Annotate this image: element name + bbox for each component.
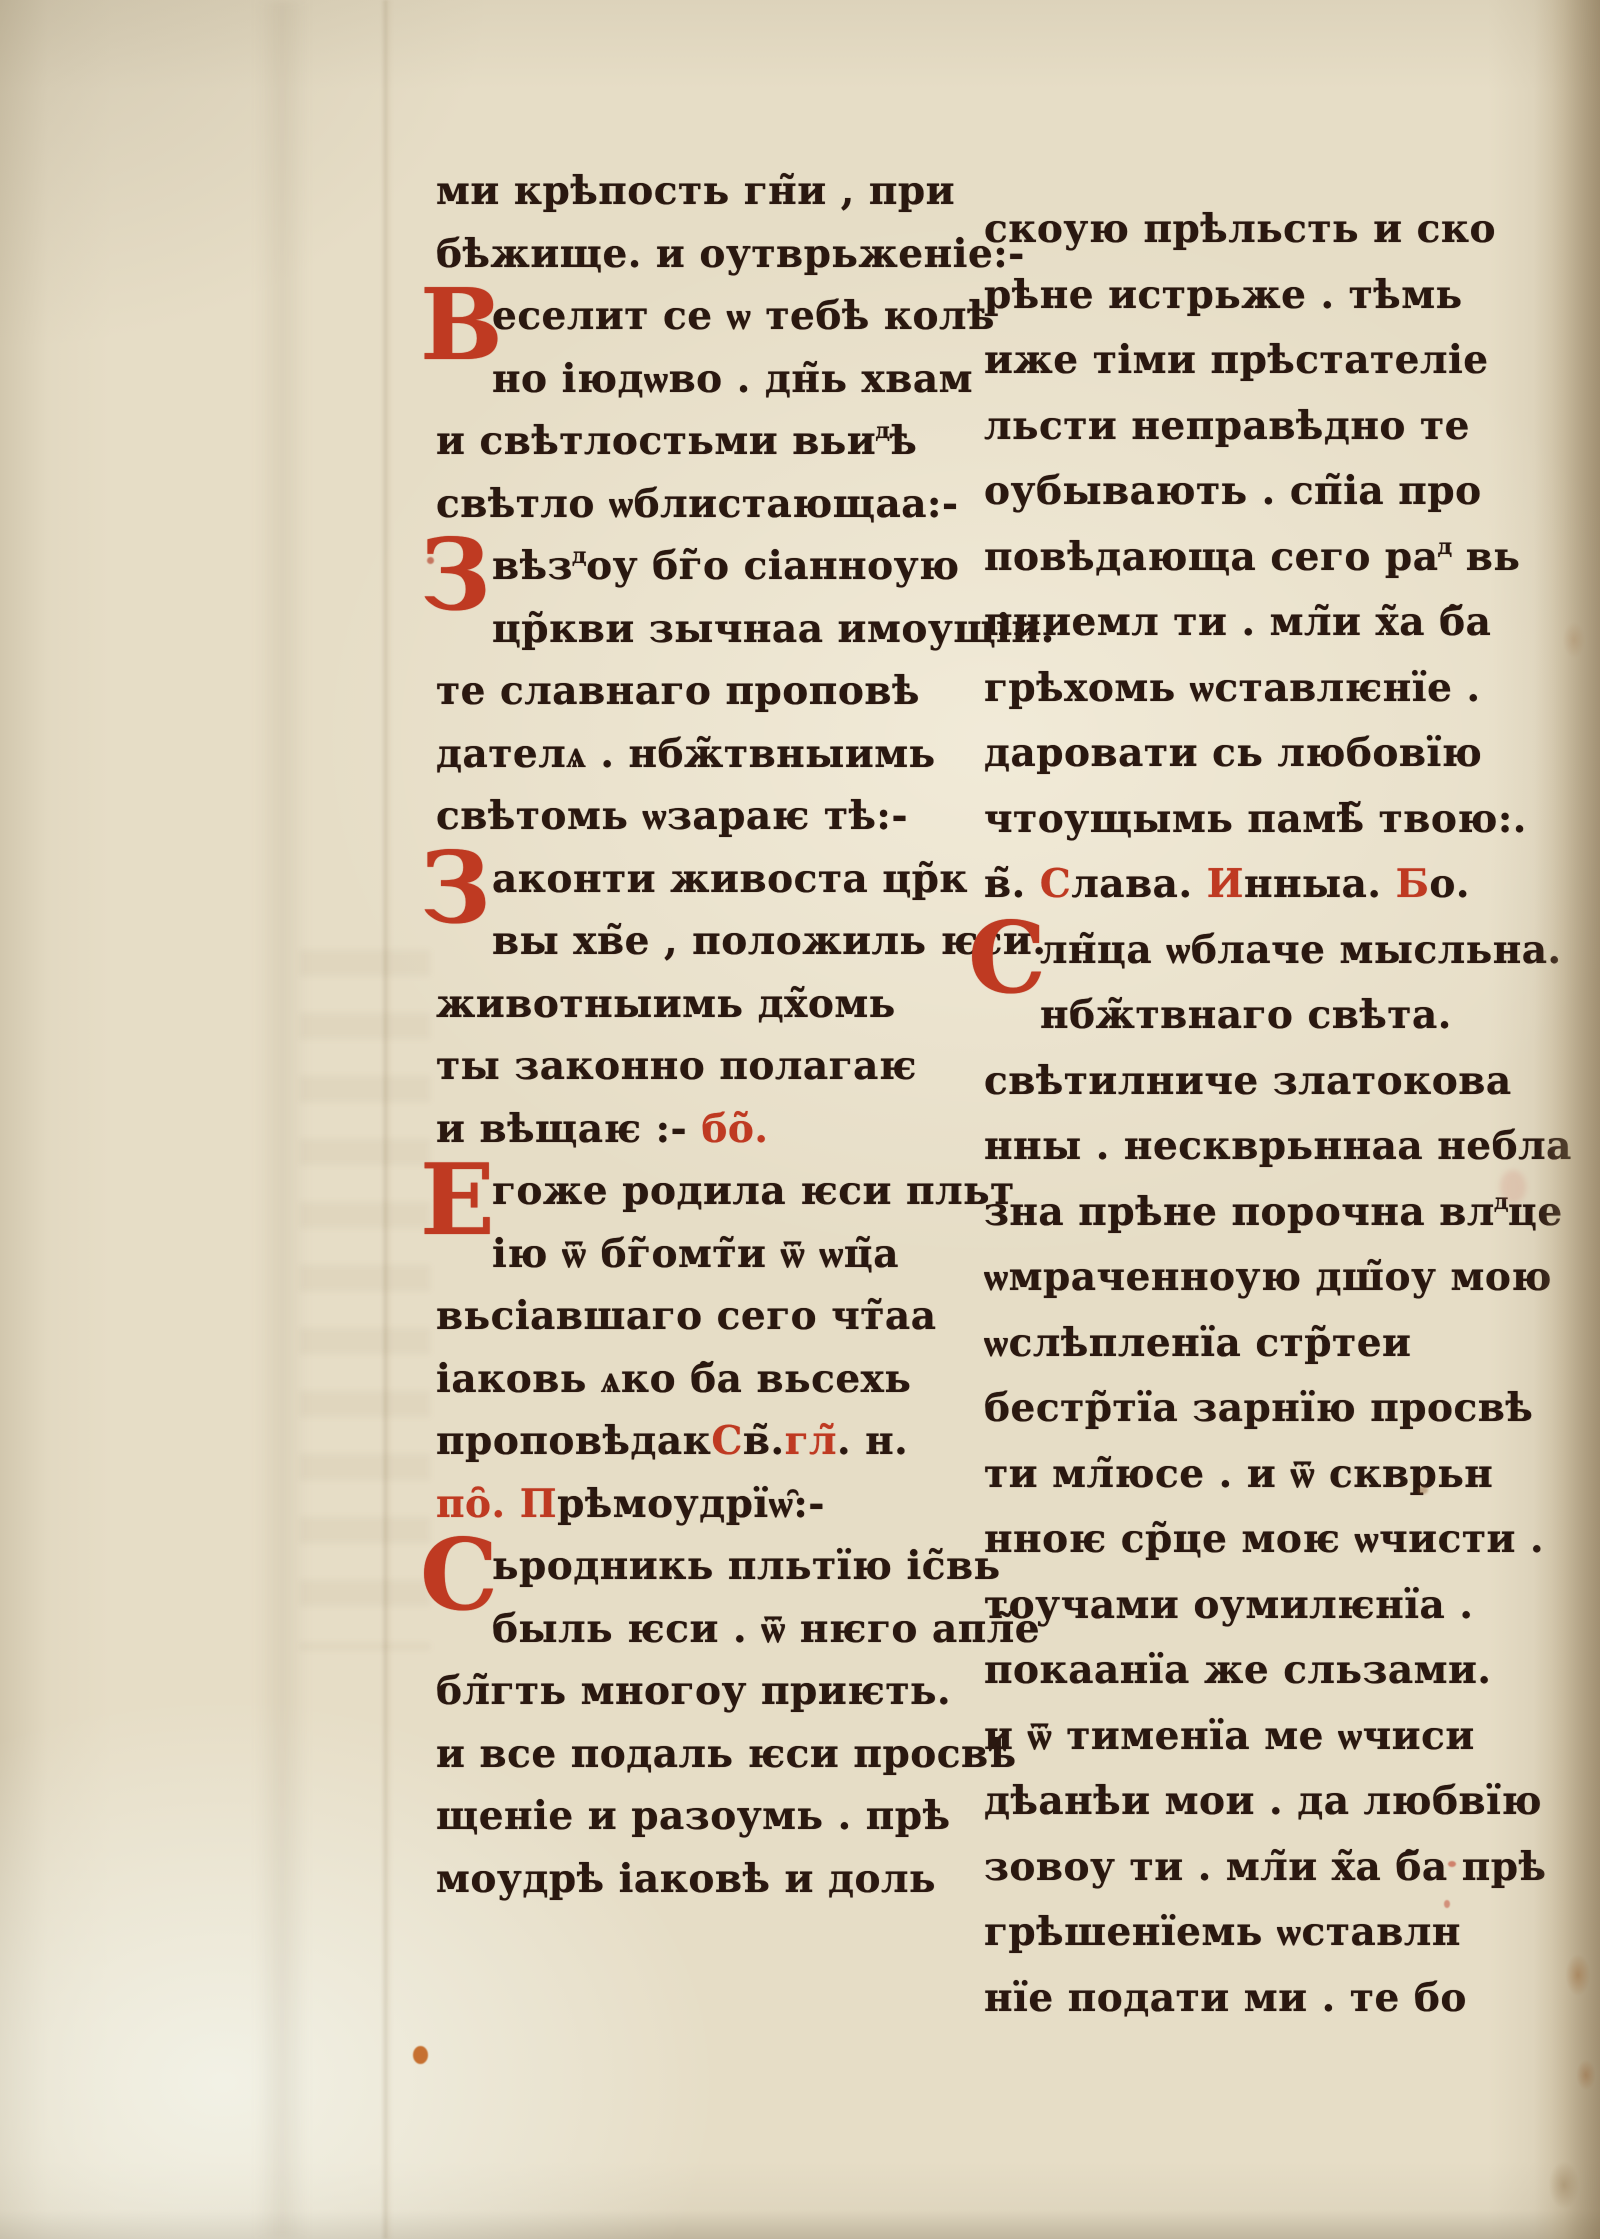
text-segment: моудрѣ іаковѣ и доль xyxy=(436,1856,936,1902)
text-line: чтоущымь памѣ̃ твою:. xyxy=(984,787,1524,853)
text-line: зна прѣне порочна влдце xyxy=(984,1180,1524,1246)
text-segment: лава. xyxy=(1071,861,1206,907)
text-line: бл̃гть многоу приѥть. xyxy=(436,1660,976,1723)
wax-stain xyxy=(413,2046,428,2064)
text-line: цр̃кви зычнаа имоущіи. xyxy=(436,598,976,661)
text-line: и все подаль ѥси просвѣ xyxy=(436,1723,976,1786)
text-segment: свѣтомь ѡзараѥ тѣ:- xyxy=(436,793,908,839)
text-segment: ію ѿ бг̃омт̃и ѿ ѡц̃а xyxy=(492,1231,899,1277)
text-segment: повѣдающа сего ра xyxy=(984,534,1438,580)
text-line: тоучами оумилѥнїа . xyxy=(984,1573,1524,1639)
text-line: но іюдѡво . дн̃ь хвам xyxy=(436,348,976,411)
text-segment: грѣшенїемь ѡставлн xyxy=(984,1909,1461,1955)
text-segment: нныа. xyxy=(1244,861,1396,907)
text-line: рѣне истрьже . тѣмь xyxy=(984,263,1524,329)
text-line: нїе подати ми . те бо xyxy=(984,1966,1524,2032)
text-segment: и свѣтлостьми вьи xyxy=(436,418,876,464)
text-segment: чтоущымь памѣ̃ твою:. xyxy=(984,796,1527,842)
text-segment: скоую прѣльсть и ско xyxy=(984,206,1496,252)
text-segment: нїе подати ми . те бо xyxy=(984,1975,1467,2021)
text-line: пниемл ти . мл̃и х̃а б̃а xyxy=(984,590,1524,656)
text-line: Веселит се ѡ тебѣ колѣ xyxy=(436,285,976,348)
manuscript-page: ми крѣпость гн̃и , прибѣжище. и оутврьже… xyxy=(0,0,1600,2239)
text-segment: о. xyxy=(1429,861,1470,907)
rubric-text: П xyxy=(520,1481,557,1527)
text-segment: бл̃гть многоу приѥть. xyxy=(436,1668,951,1714)
text-segment: ѡмраченноую дш̃оу мою xyxy=(984,1254,1552,1300)
text-segment: вы хв̃е , положиль ѥси. xyxy=(492,918,1046,964)
text-segment: ѣ xyxy=(889,418,917,464)
text-segment: свѣтло ѡблистающаа:- xyxy=(436,481,959,527)
text-line: Егоже родила ѥси пльт xyxy=(436,1160,976,1223)
faded-red-smudge xyxy=(1500,1170,1526,1204)
text-line: свѣтло ѡблистающаа:- xyxy=(436,473,976,536)
text-line: в̃. Слава. Инныа. Бо. xyxy=(984,852,1524,918)
text-segment: дѣанѣи мои . да любвїю xyxy=(984,1778,1542,1824)
text-segment: ты законно полагаѥ xyxy=(436,1043,917,1089)
text-line: Слн̃ца ѡблаче мысльна. xyxy=(984,918,1524,984)
text-line: свѣтилниче златокова xyxy=(984,1049,1524,1115)
text-line: нбж̃твнаго свѣта. xyxy=(984,983,1524,1049)
text-line: дателѧ . нбж̃твныимь xyxy=(436,723,976,786)
text-segment xyxy=(506,1481,520,1527)
text-segment: ти мл̃юсе . и ѿ скврьн xyxy=(984,1451,1493,1497)
text-line: Законти живоста цр̃к xyxy=(436,848,976,911)
text-segment: д xyxy=(875,418,890,444)
brown-stain xyxy=(1418,1486,1428,1494)
text-line: грѣшенїемь ѡставлн xyxy=(984,1900,1524,1966)
text-segment: дателѧ . нбж̃твныимь xyxy=(436,731,936,777)
text-segment: свѣтилниче златокова xyxy=(984,1058,1512,1104)
text-line: те славнаго проповѣ xyxy=(436,660,976,723)
text-segment: и ѿ тименїа ме ѡчиси xyxy=(984,1713,1475,1759)
text-segment: вь xyxy=(1452,534,1521,580)
text-segment: иже тіми прѣстателіе xyxy=(984,337,1489,383)
text-line: и вѣщаѥ :- бо̃. xyxy=(436,1098,976,1161)
text-line: зовоу ти . мл̃и х̃а б̃а прѣ xyxy=(984,1835,1524,1901)
manuscript-column-left: ми крѣпость гн̃и , прибѣжище. и оутврьже… xyxy=(436,160,976,1910)
text-line: вьсіавшаго сего чт̃аа xyxy=(436,1285,976,1348)
text-line: иже тіми прѣстателіе xyxy=(984,328,1524,394)
text-segment: тоучами оумилѥнїа . xyxy=(984,1582,1473,1628)
text-segment: іаковь ѧко б̃а вьсехь xyxy=(436,1356,911,1402)
text-line: даровати сь любовїю xyxy=(984,721,1524,787)
text-line: быль ѥси . ѿ нѥго апл̃е xyxy=(436,1598,976,1661)
text-segment: гоже родила ѥси пльт xyxy=(492,1168,1015,1214)
rubric-text: С xyxy=(711,1418,743,1464)
text-segment: аконти живоста цр̃к xyxy=(492,856,968,902)
text-segment: оубывають . сп̃іа про xyxy=(984,468,1482,514)
text-segment: ми крѣпость гн̃и , при xyxy=(436,168,955,214)
text-segment: рѣмоудрїѡ̑:- xyxy=(557,1481,825,1527)
text-line: и ѿ тименїа ме ѡчиси xyxy=(984,1704,1524,1770)
rubric-text: гл̃ xyxy=(785,1418,837,1464)
text-line: ти мл̃юсе . и ѿ скврьн xyxy=(984,1442,1524,1508)
text-segment: но іюдѡво . дн̃ь хвам xyxy=(492,356,973,402)
text-line: ію ѿ бг̃омт̃и ѿ ѡц̃а xyxy=(436,1223,976,1286)
text-line: ѡмраченноую дш̃оу мою xyxy=(984,1245,1524,1311)
text-line: бѣжище. и оутврьженіе:- xyxy=(436,223,976,286)
text-line: скоую прѣльсть и ско xyxy=(984,197,1524,263)
text-segment: рѣне истрьже . тѣмь xyxy=(984,272,1463,318)
red-ink-speck xyxy=(427,557,434,564)
text-segment: в̃. xyxy=(743,1418,785,1464)
text-segment: даровати сь любовїю xyxy=(984,730,1482,776)
text-line: щеніе и разоумь . прѣ xyxy=(436,1785,976,1848)
ink-showthrough xyxy=(300,950,430,1650)
text-line: нноѥ ср̃це моѥ ѡчисти . xyxy=(984,1507,1524,1573)
red-ink-speck xyxy=(1448,1861,1456,1867)
text-line: іаковь ѧко б̃а вьсехь xyxy=(436,1348,976,1411)
text-line: проповѣдакСв̃.гл̃. н. xyxy=(436,1410,976,1473)
text-segment: щеніе и разоумь . прѣ xyxy=(436,1793,951,1839)
text-line: нны . нескврьннаа небла xyxy=(984,1114,1524,1180)
text-line: и свѣтлостьми вьидѣ xyxy=(436,410,976,473)
text-segment: бестр̃тїа зарнїю просвѣ xyxy=(984,1385,1533,1431)
text-segment: д xyxy=(572,543,587,569)
red-ink-speck xyxy=(1444,1900,1450,1908)
text-line: Звѣздоу бг̃о сіанноую xyxy=(436,535,976,598)
text-segment: вѣз xyxy=(492,543,573,589)
rubric-text: Б xyxy=(1396,861,1430,907)
text-segment: ѡслѣпленїа стр̃теи xyxy=(984,1320,1411,1366)
rubric-text: И xyxy=(1207,861,1244,907)
text-line: грѣхомь ѡставлѥнїе . xyxy=(984,656,1524,722)
text-line: моудрѣ іаковѣ и доль xyxy=(436,1848,976,1911)
text-segment: вьсіавшаго сего чт̃аа xyxy=(436,1293,936,1339)
text-segment: животныимь дх̃омь xyxy=(436,981,896,1027)
text-segment: те славнаго проповѣ xyxy=(436,668,920,714)
text-segment: нны . нескврьннаа небла xyxy=(984,1123,1572,1169)
text-line: вы хв̃е , положиль ѥси. xyxy=(436,910,976,973)
text-line: ѡслѣпленїа стр̃теи xyxy=(984,1311,1524,1377)
rubric-text: бо̃. xyxy=(701,1106,768,1152)
text-line: ты законно полагаѥ xyxy=(436,1035,976,1098)
text-line: оубывають . сп̃іа про xyxy=(984,459,1524,525)
text-line: по̑. Прѣмоудрїѡ̑:- xyxy=(436,1473,976,1536)
text-segment: и все подаль ѥси просвѣ xyxy=(436,1731,1017,1777)
text-segment: льсти неправѣдно те xyxy=(984,403,1470,449)
text-segment: нбж̃твнаго свѣта. xyxy=(1040,992,1452,1038)
text-line: дѣанѣи мои . да любвїю xyxy=(984,1769,1524,1835)
text-line: покаанїа же сльзами. xyxy=(984,1638,1524,1704)
text-line: ми крѣпость гн̃и , при xyxy=(436,160,976,223)
text-segment: зовоу ти . мл̃и х̃а б̃а прѣ xyxy=(984,1844,1546,1890)
text-segment: зна прѣне порочна вл xyxy=(984,1189,1495,1235)
text-segment: лн̃ца ѡблаче мысльна. xyxy=(1040,927,1562,973)
text-line: животныимь дх̃омь xyxy=(436,973,976,1036)
text-segment: еселит се ѡ тебѣ колѣ xyxy=(492,293,995,339)
manuscript-column-right: скоую прѣльсть и скорѣне истрьже . тѣмьи… xyxy=(984,197,1524,2031)
text-line: Сьродникь пльтїю іс̃вь xyxy=(436,1535,976,1598)
text-line: свѣтомь ѡзараѥ тѣ:- xyxy=(436,785,976,848)
text-segment: оу бг̃о сіанноую xyxy=(586,543,959,589)
text-segment: бѣжище. и оутврьженіе:- xyxy=(436,231,1025,277)
text-segment: д xyxy=(1437,534,1452,560)
text-line: повѣдающа сего рад вь xyxy=(984,525,1524,591)
text-segment: ьродникь пльтїю іс̃вь xyxy=(492,1543,1001,1589)
text-segment: нноѥ ср̃це моѥ ѡчисти . xyxy=(984,1516,1544,1562)
text-segment: . н. xyxy=(837,1418,908,1464)
text-segment: покаанїа же сльзами. xyxy=(984,1647,1492,1693)
text-line: льсти неправѣдно те xyxy=(984,394,1524,460)
text-segment: грѣхомь ѡставлѥнїе . xyxy=(984,665,1481,711)
text-segment: пниемл ти . мл̃и х̃а б̃а xyxy=(984,599,1491,645)
text-segment: быль ѥси . ѿ нѥго апл̃е xyxy=(492,1606,1040,1652)
text-segment: проповѣдак xyxy=(436,1418,711,1464)
page-right-edge xyxy=(1534,0,1600,2239)
text-line: бестр̃тїа зарнїю просвѣ xyxy=(984,1376,1524,1442)
text-segment: цр̃кви зычнаа имоущіи. xyxy=(492,606,1055,652)
